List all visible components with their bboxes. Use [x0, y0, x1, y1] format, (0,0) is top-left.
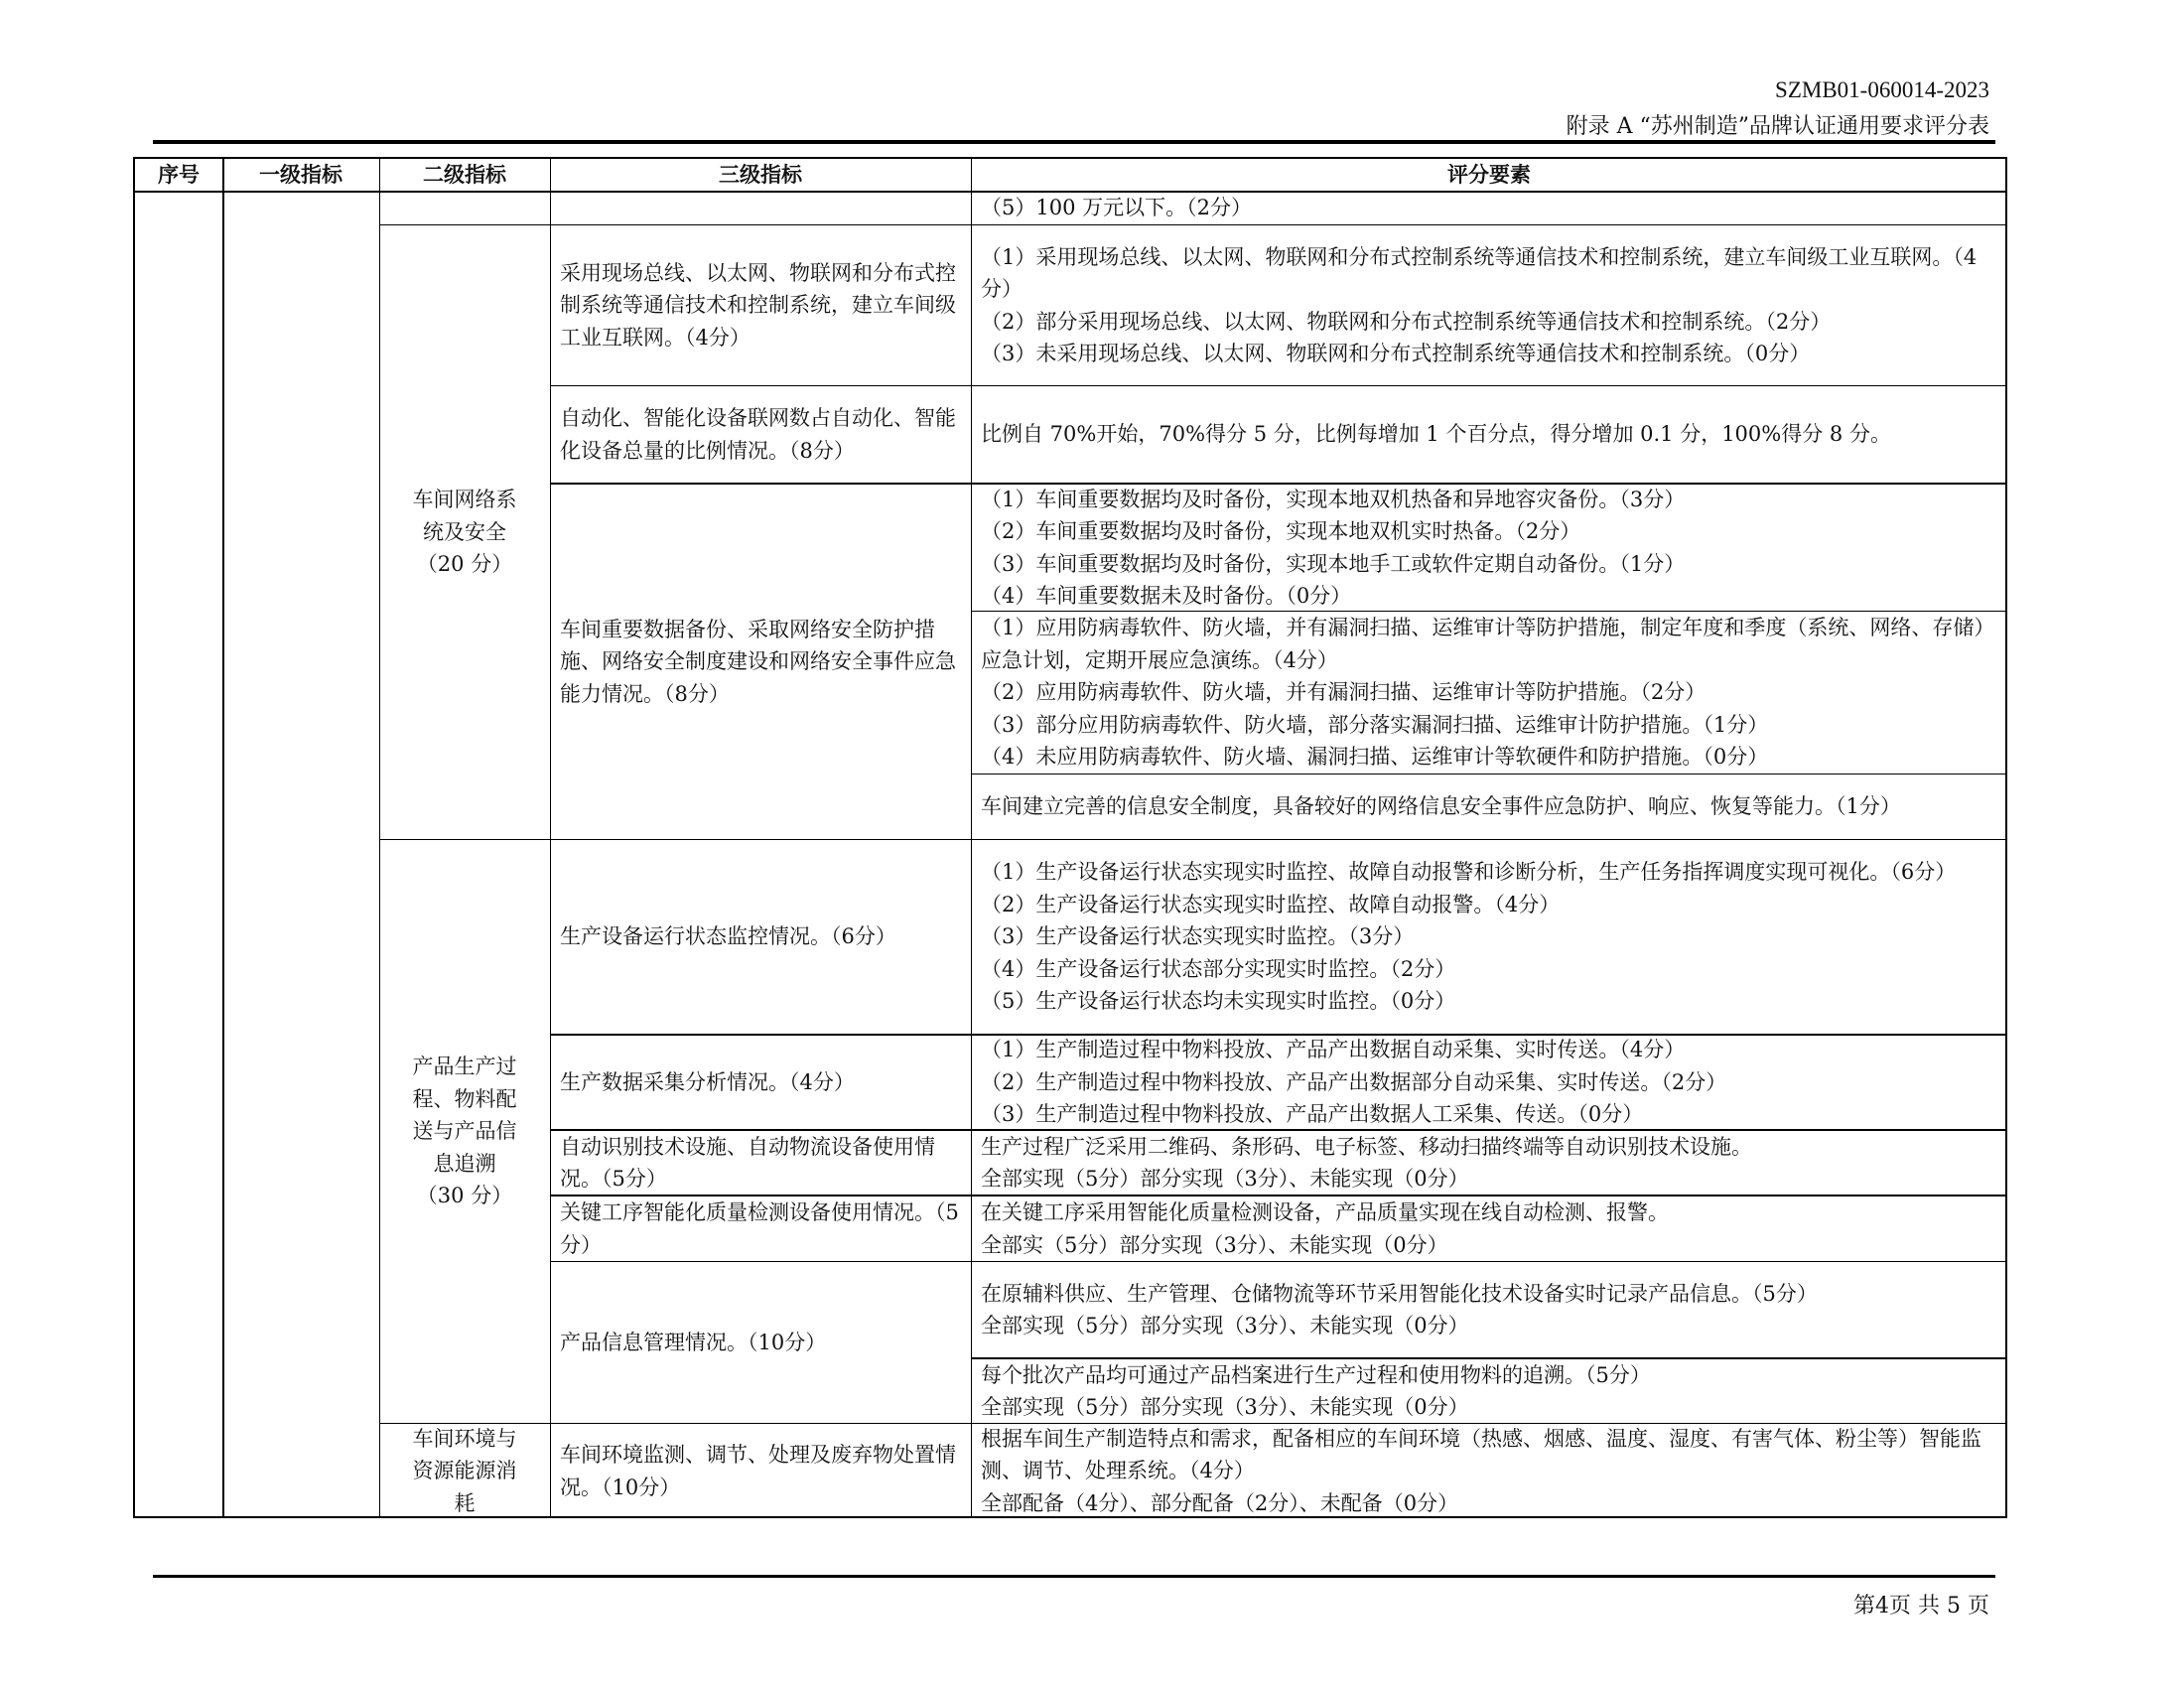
doc-code: SZMB01-060014-2023	[1775, 77, 1989, 103]
col-header-level1: 一级指标	[222, 159, 379, 192]
header-rule	[153, 140, 1995, 144]
criteria-cell: 车间建立完善的信息安全制度，具备较好的网络信息安全事件应急防护、响应、恢复等能力…	[971, 774, 2007, 839]
criteria-cell: 生产过程广泛采用二维码、条形码、电子标签、移动扫描终端等自动识别技术设施。 全部…	[971, 1131, 2007, 1195]
criteria-cell: （5）100 万元以下。（2分）	[971, 192, 2007, 224]
criteria-cell: 在关键工序采用智能化质量检测设备，产品质量实现在线自动检测、报警。 全部实（5分…	[971, 1196, 2007, 1261]
level2-cell-network: 车间网络系 统及安全 （20 分）	[379, 225, 550, 839]
level3-cell: 自动识别技术设施、自动物流设备使用情况。（5分）	[550, 1131, 971, 1195]
col-header-level3: 三级指标	[550, 159, 971, 192]
level3-cell: 车间环境监测、调节、处理及废弃物处置情况。（10分）	[550, 1424, 971, 1518]
level3-cell: 产品信息管理情况。（10分）	[550, 1262, 971, 1423]
level3-cell: 生产设备运行状态监控情况。（6分）	[550, 840, 971, 1034]
col-header-criteria: 评分要素	[971, 159, 2007, 192]
level2-cell-environment: 车间环境与 资源能源消 耗	[379, 1424, 550, 1518]
col-header-level2: 二级指标	[379, 159, 550, 192]
criteria-cell: （1）采用现场总线、以太网、物联网和分布式控制系统等通信技术和控制系统，建立车间…	[971, 225, 2007, 385]
level3-cell: 车间重要数据备份、采取网络安全防护措施、网络安全制度建设和网络安全事件应急能力情…	[550, 485, 971, 839]
criteria-cell: 每个批次产品均可通过产品档案进行生产过程和使用物料的追溯。（5分） 全部实现（5…	[971, 1359, 2007, 1423]
level3-cell: 生产数据采集分析情况。（4分）	[550, 1036, 971, 1129]
level3-cell: 采用现场总线、以太网、物联网和分布式控制系统等通信技术和控制系统，建立车间级工业…	[550, 225, 971, 385]
appendix-title: 附录 A “苏州制造”品牌认证通用要求评分表	[1567, 109, 1989, 140]
criteria-cell: （1）生产设备运行状态实现实时监控、故障自动报警和诊断分析，生产任务指挥调度实现…	[971, 840, 2007, 1034]
level3-cell: 关键工序智能化质量检测设备使用情况。（5分）	[550, 1196, 971, 1261]
criteria-cell: 根据车间生产制造特点和需求，配备相应的车间环境（热感、烟感、温度、湿度、有害气体…	[971, 1424, 2007, 1518]
col-header-index: 序号	[135, 159, 222, 192]
criteria-cell: 在原辅料供应、生产管理、仓储物流等环节采用智能化技术设备实时记录产品信息。（5分…	[971, 1262, 2007, 1357]
criteria-cell: 比例自 70%开始，70%得分 5 分，比例每增加 1 个百分点，得分增加 0.…	[971, 386, 2007, 483]
level2-cell-production: 产品生产过 程、物料配 送与产品信 息追溯 （30 分）	[379, 840, 550, 1423]
criteria-cell: （1）车间重要数据均及时备份，实现本地双机热备和异地容灾备份。（3分） （2）车…	[971, 485, 2007, 611]
criteria-cell: （1）生产制造过程中物料投放、产品产出数据自动采集、实时传送。（4分） （2）生…	[971, 1036, 2007, 1129]
criteria-cell: （1）应用防病毒软件、防火墙，并有漏洞扫描、运维审计等防护措施，制定年度和季度（…	[971, 612, 2007, 774]
scoring-table: 序号 一级指标 二级指标 三级指标 评分要素 （5）100 万元以下。（2分） …	[133, 157, 2007, 1518]
page-number: 第4页 共 5 页	[1853, 1589, 1989, 1619]
level3-cell: 自动化、智能化设备联网数占自动化、智能化设备总量的比例情况。（8分）	[550, 386, 971, 483]
col-divider	[222, 159, 224, 1518]
footer-rule	[153, 1575, 1995, 1578]
